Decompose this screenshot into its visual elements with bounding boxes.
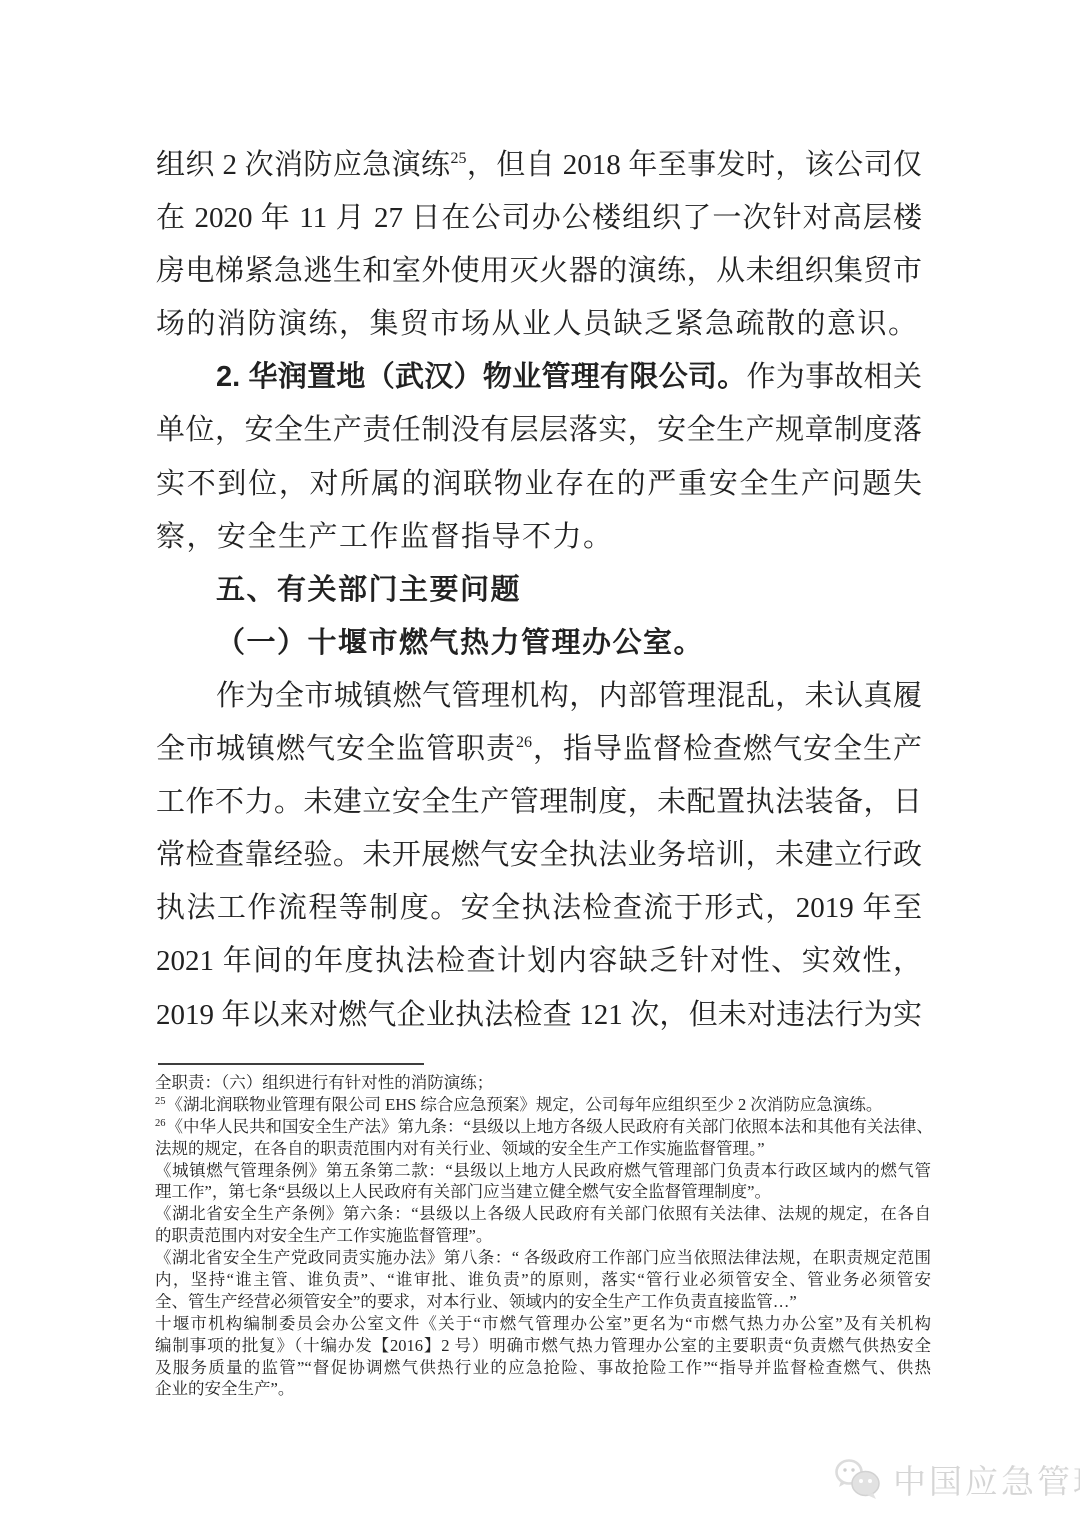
body-line: 房电梯紧急逃生和室外使用灭火器的演练，从未组织集贸市 [156, 245, 922, 298]
footnote-line: 及服务质量的监管”“督促协调燃气供热行业的应急抢险、事故抢险工作”“指导并监督检… [155, 1357, 931, 1379]
body-text: 组织 2 次消防应急演练25，但自 2018 年至事发时，该公司仅在 2020 … [156, 139, 922, 1042]
footnote-line: 全职责：（六）组织进行有针对性的消防演练； [155, 1072, 931, 1094]
body-line: 全市城镇燃气安全监管职责26，指导监督检查燃气安全生产 [156, 723, 922, 776]
body-line: 常检查靠经验。未开展燃气安全执法业务培训，未建立行政 [156, 829, 922, 882]
footnote-line: 全、管生产经营必须管安全”的要求，对本行业、领域内的安全生产工作负责直接监管…” [155, 1291, 931, 1313]
body-line: 2021 年间的年度执法检查计划内容缺乏针对性、实效性， [156, 935, 922, 988]
footnote-line: 《湖北省安全生产条例》第六条：“县级以上各级人民政府有关部门依照有关法律、法规的… [155, 1203, 931, 1225]
footnotes: 全职责：（六）组织进行有针对性的消防演练；25《湖北润联物业管理有限公司 EHS… [155, 1072, 931, 1400]
body-line: 作为全市城镇燃气管理机构，内部管理混乱，未认真履 [156, 670, 922, 723]
section-heading: 五、有关部门主要问题 [156, 564, 922, 617]
footnote-line: 《城镇燃气管理条例》第五条第二款：“县级以上地方人民政府燃气管理部门负责本行政区… [155, 1160, 931, 1182]
body-line: 执法工作流程等制度。安全执法检查流于形式，2019 年至 [156, 882, 922, 935]
footnote-line: 26《中华人民共和国安全生产法》第九条：“县级以上地方各级人民政府有关部门依照本… [155, 1116, 931, 1138]
footnote-line: 25《湖北润联物业管理有限公司 EHS 综合应急预案》规定，公司每年应组织至少 … [155, 1094, 931, 1116]
footnote-line: 编制事项的批复》（十编办发【2016】2 号）明确市燃气热力管理办公室的主要职责… [155, 1335, 931, 1357]
watermark-label: 中国应急管理 [893, 1456, 1080, 1503]
body-line: 单位，安全生产责任制没有层层落实，安全生产规章制度落 [156, 404, 922, 457]
body-line: 2019 年以来对燃气企业执法检查 121 次，但未对违法行为实 [156, 989, 922, 1042]
document-page: 组织 2 次消防应急演练25，但自 2018 年至事发时，该公司仅在 2020 … [0, 0, 1080, 1527]
footnote-line: 法规的规定，在各自的职责范围内对有关行业、领域的安全生产工作实施监督管理。” [155, 1138, 931, 1160]
body-line: 实不到位，对所属的润联物业存在的严重安全生产问题失 [156, 458, 922, 511]
watermark: 中国应急管理 [834, 1456, 1080, 1502]
footnote-line: 十堰市机构编制委员会办公室文件《关于“市燃气管理办公室”更名为“市燃气热力办公室… [155, 1313, 931, 1335]
wechat-logo-icon [834, 1457, 884, 1501]
body-line: 在 2020 年 11 月 27 日在公司办公楼组织了一次针对高层楼 [156, 192, 922, 245]
body-line: 察，安全生产工作监督指导不力。 [156, 511, 922, 564]
body-line: （一）十堰市燃气热力管理办公室。 [156, 617, 922, 670]
footnote-line: 理工作”，第七条“县级以上人民政府有关部门应当建立健全燃气安全监督管理制度”。 [155, 1181, 931, 1203]
body-line: 组织 2 次消防应急演练25，但自 2018 年至事发时，该公司仅 [156, 139, 922, 192]
footnote-line: 《湖北省安全生产党政同责实施办法》第八条：“ 各级政府工作部门应当依照法律法规，… [155, 1247, 931, 1269]
footnote-line: 内，坚持“谁主管、谁负责”、“谁审批、谁负责”的原则，落实“管行业必须管安全、管… [155, 1269, 931, 1291]
footnote-number: 25 [155, 1096, 166, 1107]
footnote-number: 26 [155, 1118, 166, 1129]
body-line: 场的消防演练，集贸市场从业人员缺乏紧急疏散的意识。 [156, 298, 922, 351]
footnote-line: 企业的安全生产”。 [155, 1378, 931, 1400]
footnote-line: 的职责范围内对安全生产工作实施监督管理”。 [155, 1225, 931, 1247]
body-line: 工作不力。未建立安全生产管理制度，未配置执法装备，日 [156, 776, 922, 829]
footnote-ref: 25 [450, 150, 466, 167]
body-line: 2. 华润置地（武汉）物业管理有限公司。作为事故相关 [156, 351, 922, 404]
footnote-separator [158, 1063, 424, 1065]
footnote-ref: 26 [516, 734, 532, 751]
